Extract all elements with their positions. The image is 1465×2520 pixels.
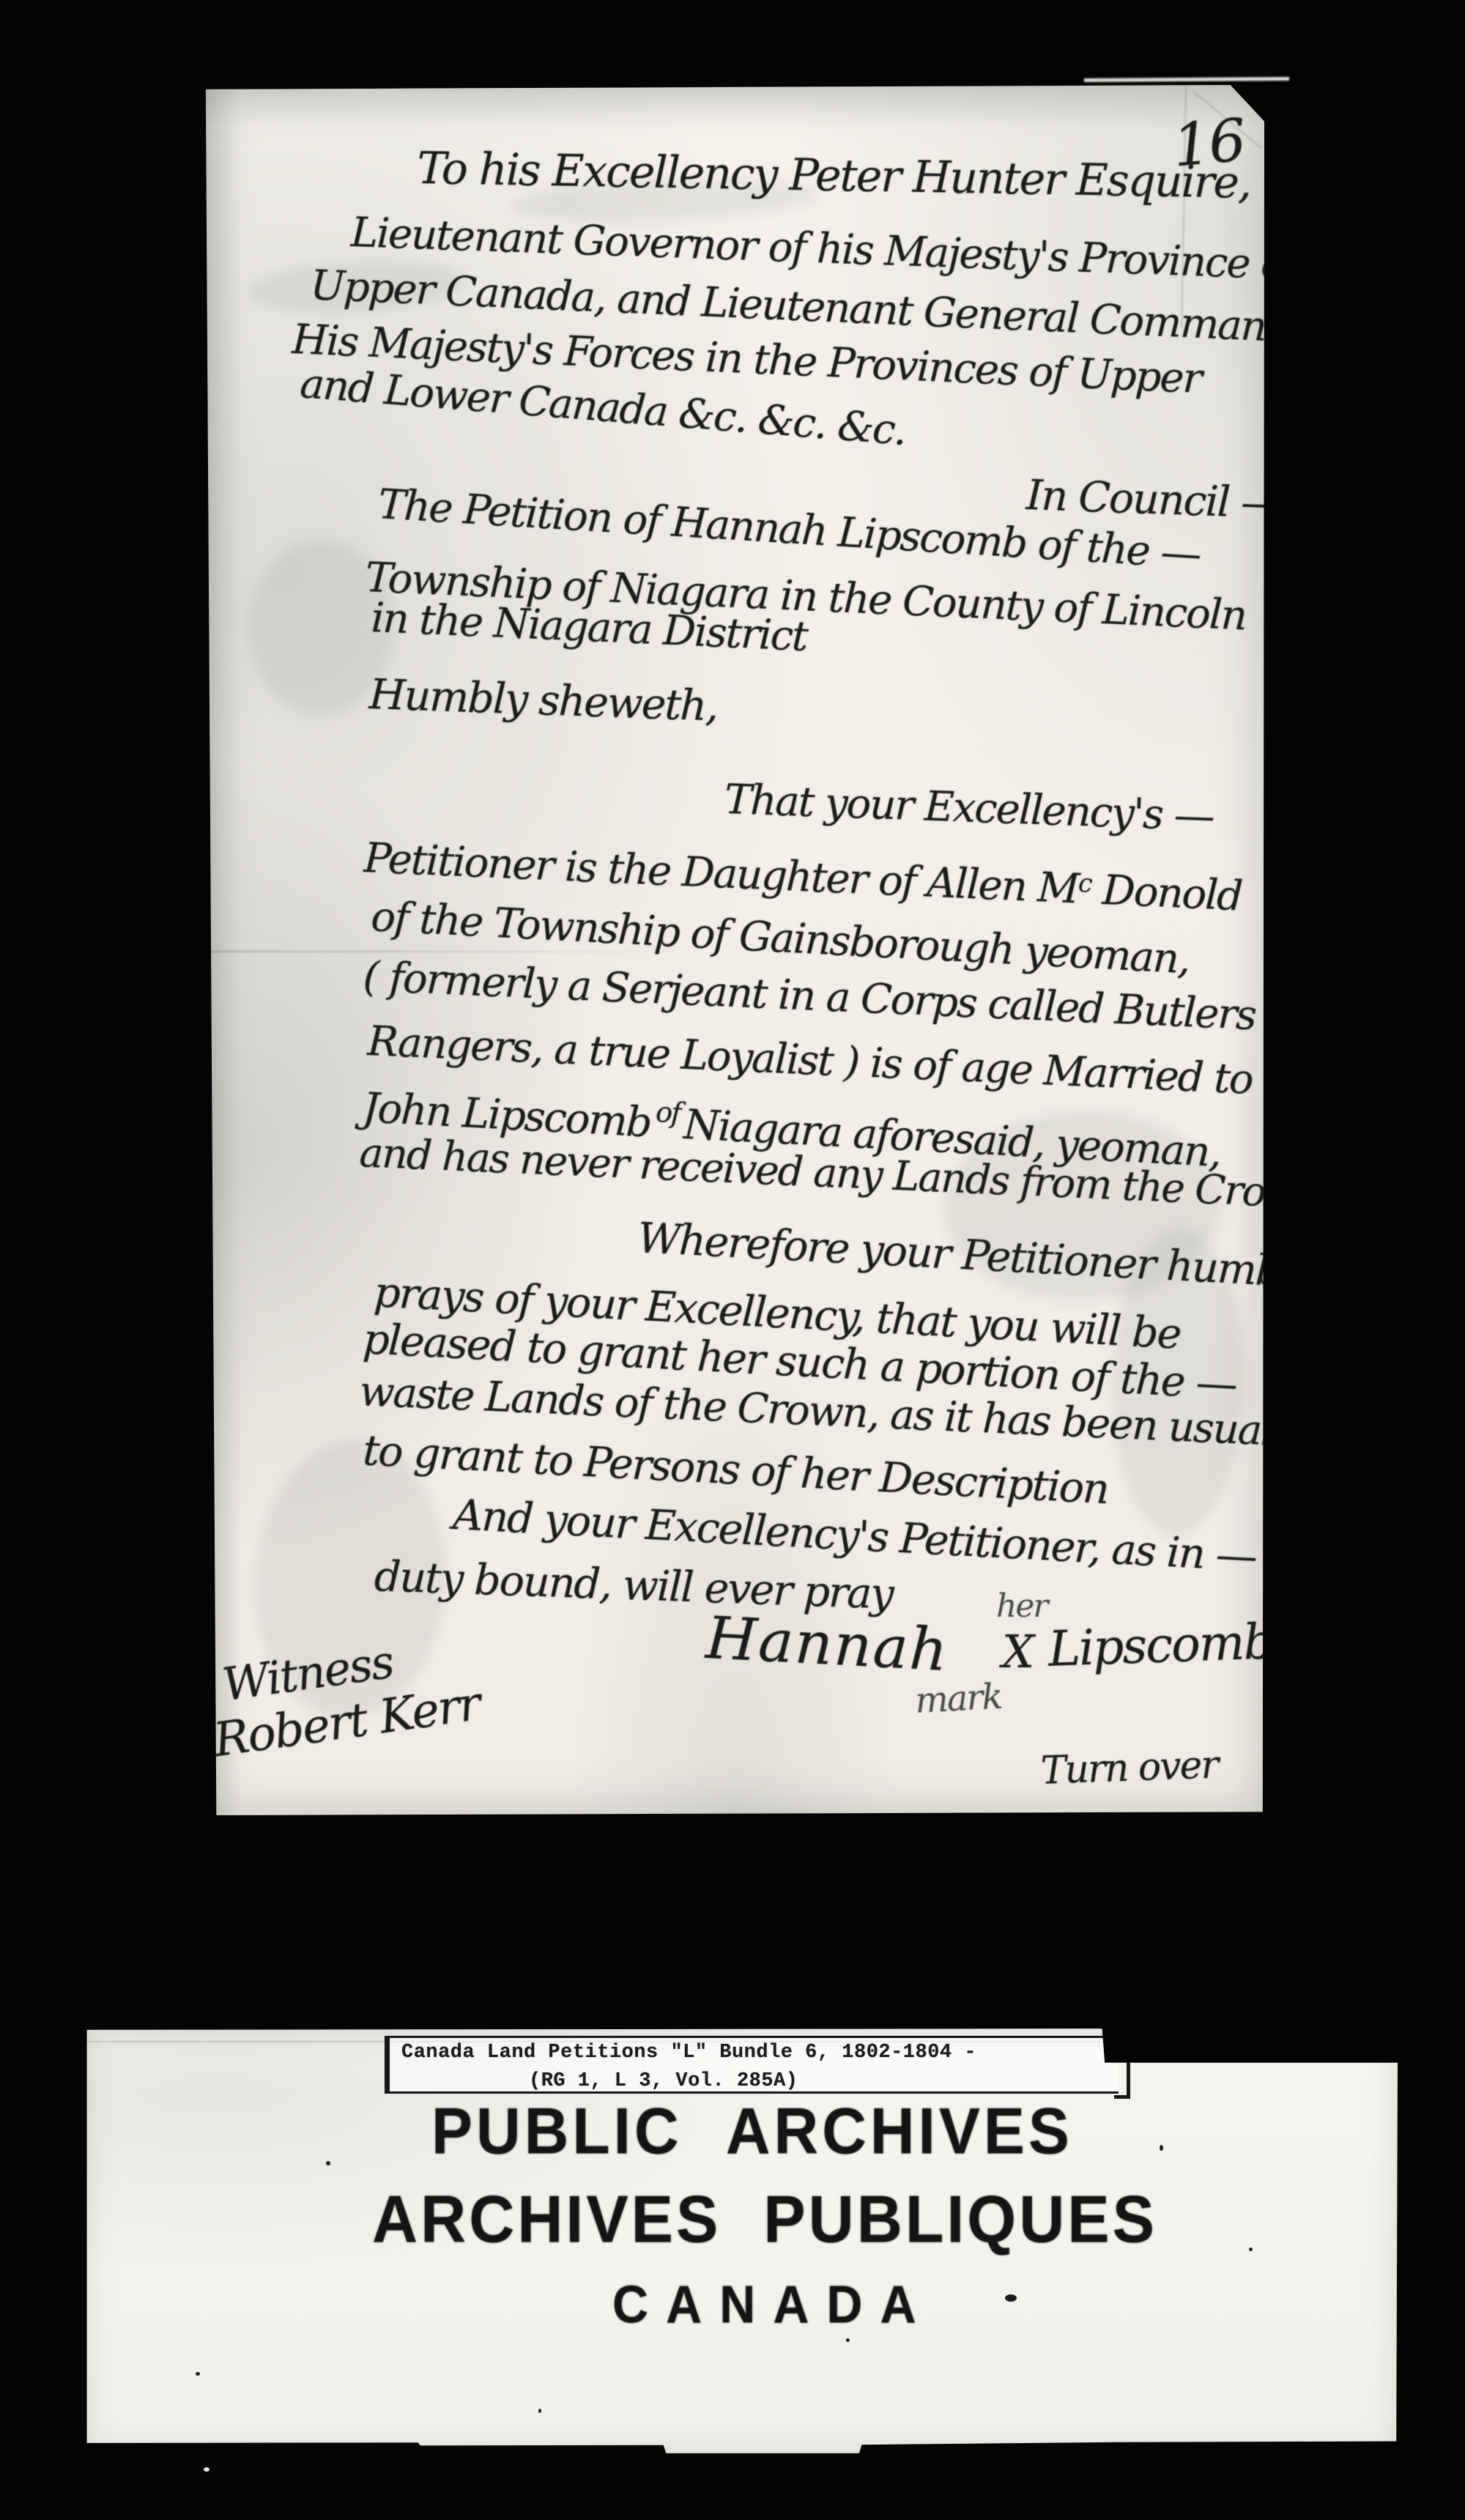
film-speck <box>204 2467 209 2472</box>
film-speck <box>846 2338 850 2342</box>
archive-label-line1: Canada Land Petitions "L" Bundle 6, 1802… <box>401 2043 976 2063</box>
signature-given-name: Hannah <box>705 1609 950 1680</box>
body-intro: That your Excellency's — <box>724 779 1214 837</box>
archive-target-panel: Canada Land Petitions "L" Bundle 6, 1802… <box>84 2028 1398 2454</box>
label-right-bracket <box>1114 2031 1130 2099</box>
film-speck <box>1005 2294 1017 2302</box>
body-line-text: Donold <box>1090 866 1243 920</box>
film-speck <box>1160 2145 1163 2151</box>
in-council-note: In Council — <box>1025 475 1282 525</box>
archive-label-box: Canada Land Petitions "L" Bundle 6, 1802… <box>385 2036 1119 2094</box>
turn-over-note: Turn over <box>1040 1746 1218 1790</box>
address-line: To his Excellency Peter Hunter Esquire, <box>417 147 1251 205</box>
microfilm-frame: 16 To his Excellency Peter Hunter Esquir… <box>0 0 1465 2520</box>
stamp-public-archives: PUBLIC ARCHIVES <box>431 2098 1073 2163</box>
inserted-word: of <box>655 1096 680 1130</box>
archive-label-line2: (RG 1, L 3, Vol. 285A) <box>529 2072 798 2091</box>
film-artifact <box>1084 77 1289 82</box>
closing-line: duty bound, will ever pray <box>374 1556 893 1616</box>
salutation: Humbly sheweth, <box>368 674 718 728</box>
film-speck <box>1249 2247 1253 2251</box>
film-speck <box>326 2161 330 2165</box>
signature-her: her <box>996 1590 1047 1623</box>
signature-cross-mark: X <box>1002 1629 1033 1675</box>
signature-mark: mark <box>914 1679 1003 1719</box>
signature-surname: Lipscomb <box>1047 1617 1274 1674</box>
film-speck <box>538 2409 541 2413</box>
stamp-canada: CANADA <box>612 2278 934 2331</box>
document-page: 16 To his Excellency Peter Hunter Esquir… <box>204 85 1264 1815</box>
stamp-archives-publiques: ARCHIVES PUBLIQUES <box>372 2186 1157 2253</box>
film-speck <box>196 2372 200 2376</box>
